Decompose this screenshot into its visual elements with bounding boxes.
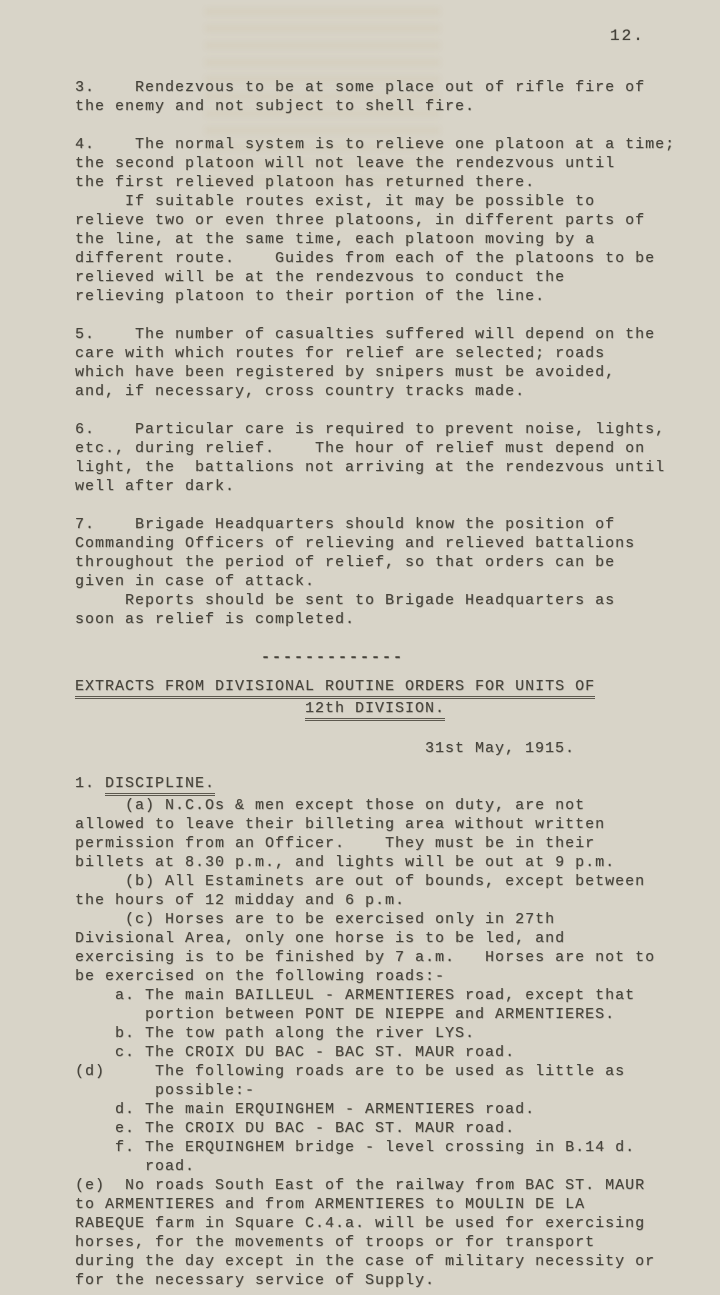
typed-content: 3. Rendezvous to be at some place out of…: [75, 78, 675, 1290]
typed-line: given in case of attack.: [75, 572, 675, 591]
discipline-number: 1.: [75, 775, 105, 792]
typed-line: the second platoon will not leave the re…: [75, 154, 675, 173]
paragraph-7: 7. Brigade Headquarters should know the …: [75, 515, 675, 629]
typed-line: (a) N.C.Os & men except those on duty, a…: [75, 796, 675, 815]
typed-line: relieving platoon to their portion of th…: [75, 287, 675, 306]
typed-line: the hours of 12 midday and 6 p.m.: [75, 891, 675, 910]
paragraph-3: 3. Rendezvous to be at some place out of…: [75, 78, 675, 116]
typed-line: which have been registered by snipers mu…: [75, 363, 675, 382]
discipline-title: DISCIPLINE.: [105, 774, 215, 796]
typed-line: relieved will be at the rendezvous to co…: [75, 268, 675, 287]
typed-line: soon as relief is completed.: [75, 610, 675, 629]
typed-line: If suitable routes exist, it may be poss…: [75, 192, 675, 211]
typed-line: to ARMENTIERES and from ARMENTIERES to M…: [75, 1195, 675, 1214]
discipline-body: (a) N.C.Os & men except those on duty, a…: [75, 796, 675, 1290]
discipline-heading: 1. DISCIPLINE.: [75, 774, 675, 796]
typed-line: light, the battalions not arriving at th…: [75, 458, 675, 477]
typed-line: possible:-: [75, 1081, 675, 1100]
typed-line: exercising is to be finished by 7 a.m. H…: [75, 948, 675, 967]
dashed-separator: -------------: [261, 648, 675, 667]
typed-line: during the day except in the case of mil…: [75, 1252, 675, 1271]
typed-line: be exercised on the following roads:-: [75, 967, 675, 986]
typed-line: care with which routes for relief are se…: [75, 344, 675, 363]
typed-line: 3. Rendezvous to be at some place out of…: [75, 78, 675, 97]
typed-line: 4. The normal system is to relieve one p…: [75, 135, 675, 154]
typed-line: throughout the period of relief, so that…: [75, 553, 675, 572]
typed-line: f. The ERQUINGHEM bridge - level crossin…: [75, 1138, 675, 1157]
typed-line: the enemy and not subject to shell fire.: [75, 97, 675, 116]
typed-line: a. The main BAILLEUL - ARMENTIERES road,…: [75, 986, 675, 1005]
typed-line: etc., during relief. The hour of relief …: [75, 439, 675, 458]
paragraph-6: 6. Particular care is required to preven…: [75, 420, 675, 496]
typed-line: for the necessary service of Supply.: [75, 1271, 675, 1290]
typed-line: well after dark.: [75, 477, 675, 496]
typed-line: Commanding Officers of relieving and rel…: [75, 534, 675, 553]
typed-line: c. The CROIX DU BAC - BAC ST. MAUR road.: [75, 1043, 675, 1062]
paragraph-5: 5. The number of casualties suffered wil…: [75, 325, 675, 401]
typed-line: Divisional Area, only one horse is to be…: [75, 929, 675, 948]
typed-line: RABEQUE farm in Square C.4.a. will be us…: [75, 1214, 675, 1233]
typed-line: (b) All Estaminets are out of bounds, ex…: [75, 872, 675, 891]
section-heading-text-1: EXTRACTS FROM DIVISIONAL ROUTINE ORDERS …: [75, 677, 595, 699]
section-heading-line-1: EXTRACTS FROM DIVISIONAL ROUTINE ORDERS …: [75, 677, 675, 699]
date-line: 31st May, 1915.: [425, 739, 675, 758]
typed-line: Reports should be sent to Brigade Headqu…: [75, 591, 675, 610]
page-number: 12.: [610, 27, 645, 45]
typed-line: d. The main ERQUINGHEM - ARMENTIERES roa…: [75, 1100, 675, 1119]
typed-line: and, if necessary, cross country tracks …: [75, 382, 675, 401]
typed-line: b. The tow path along the river LYS.: [75, 1024, 675, 1043]
typed-line: 5. The number of casualties suffered wil…: [75, 325, 675, 344]
section-heading-text-2: 12th DIVISION.: [305, 699, 445, 721]
paragraph-4: 4. The normal system is to relieve one p…: [75, 135, 675, 306]
typed-line: allowed to leave their billeting area wi…: [75, 815, 675, 834]
typed-line: billets at 8.30 p.m., and lights will be…: [75, 853, 675, 872]
typed-line: different route. Guides from each of the…: [75, 249, 675, 268]
typed-line: (d) The following roads are to be used a…: [75, 1062, 675, 1081]
typed-line: e. The CROIX DU BAC - BAC ST. MAUR road.: [75, 1119, 675, 1138]
typed-line: (e) No roads South East of the railway f…: [75, 1176, 675, 1195]
typed-line: 6. Particular care is required to preven…: [75, 420, 675, 439]
typed-line: 7. Brigade Headquarters should know the …: [75, 515, 675, 534]
typed-line: relieve two or even three platoons, in d…: [75, 211, 675, 230]
typed-line: permission from an Officer. They must be…: [75, 834, 675, 853]
section-heading-line-2: 12th DIVISION.: [75, 699, 675, 721]
section-heading: EXTRACTS FROM DIVISIONAL ROUTINE ORDERS …: [75, 677, 675, 721]
document-page: 12. 3. Rendezvous to be at some place ou…: [0, 0, 720, 1295]
typed-line: horses, for the movements of troops or f…: [75, 1233, 675, 1252]
typed-line: the first relieved platoon has returned …: [75, 173, 675, 192]
typed-line: road.: [75, 1157, 675, 1176]
typed-line: the line, at the same time, each platoon…: [75, 230, 675, 249]
typed-line: portion between PONT DE NIEPPE and ARMEN…: [75, 1005, 675, 1024]
typed-line: (c) Horses are to be exercised only in 2…: [75, 910, 675, 929]
